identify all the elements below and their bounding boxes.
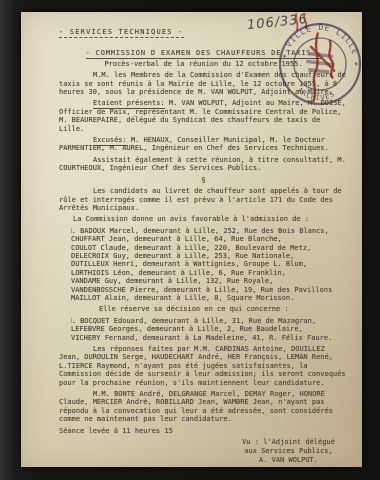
paragraph-present: Etaient présents: M. VAN WOLPUT, Adjoint… (59, 99, 348, 133)
signature-block: Vu : l'Adjoint délégué aux Services Publ… (229, 438, 348, 465)
candidate-line: M.M. BADOUX Marcel, demeurant à Lille, 2… (71, 227, 348, 235)
candidate-line: VANDENBOSSCHE Pierre, demeurant à Lille,… (71, 286, 348, 294)
document-page: 106/336 ✶ VILLE DE LILLE ✶ ARCHIVES (21, 12, 362, 467)
candidate-line: DELECROIX Guy, demeurant à Lille, 253, R… (71, 252, 348, 260)
candidate-line: VICHERY Fernand, demeurant à La Madelein… (71, 334, 348, 342)
signature-line-1: Vu : l'Adjoint délégué (229, 438, 348, 447)
signature-line-3: A. VAN WOLPUT. (229, 456, 348, 465)
paragraph-responses: Les réponses faites par M.M. CARDINAS An… (59, 345, 348, 387)
candidate-line: M.M. BOCQUET Edouard, demeurant à Lille,… (71, 317, 348, 325)
candidate-line: LEFEBVRE Georges, demeurant à Lille, 2, … (71, 325, 348, 333)
candidate-line: COULOT Claude, demeurant à Lille, 220, B… (71, 244, 348, 252)
department-heading: - SERVICES TECHNIQUES - (59, 28, 348, 36)
paragraph-excused: Excusés: M. HENAUX, Conseiller Municipal… (59, 136, 348, 153)
paragraph-candidates: Les candidats au livret de chauffeur son… (59, 187, 348, 212)
paragraph-favorable: La Commission donne un avis favorable à … (59, 215, 348, 223)
reserved-candidates-list: M.M. BOCQUET Edouard, demeurant à Lille,… (71, 317, 348, 342)
document-title-text: - COMMISSION D EXAMEN DES CHAUFFEURS DE … (86, 49, 322, 59)
candidate-line: MAILLOT Alain, demeurant à Lille, 8, Squ… (71, 294, 348, 302)
document-title: - COMMISSION D EXAMEN DES CHAUFFEURS DE … (59, 49, 348, 57)
candidate-line: LORTHIOIS Léon, demeurant à Lille, 6, Ru… (71, 269, 348, 277)
scanned-archive-photo: { "doc": { "dept": "- SERVICES TECHNIQUE… (0, 0, 380, 480)
signature-line-2: aux Services Publics, (229, 447, 348, 456)
section-mark: § (59, 176, 348, 184)
favorable-candidates-list: M.M. BADOUX Marcel, demeurant à Lille, 2… (71, 227, 348, 303)
candidate-line: DUTILLEUX Henri, demeurant à Wattignies,… (71, 260, 348, 268)
paragraph-assist: Assistait également à cette réunion, à t… (59, 156, 348, 173)
closing-line: Séance levée à 11 heures 15 (59, 427, 348, 435)
department-heading-text: - SERVICES TECHNIQUES - (59, 28, 184, 38)
paragraph-reserve: Elle réserve sa décision en ce qui conce… (59, 305, 348, 313)
document-subtitle: Procès-verbal de la réunion du 12 octobr… (59, 60, 348, 68)
candidate-line: VANDAME Guy, demeurant à Lille, 132, Rue… (71, 277, 348, 285)
candidate-line: CHUFFART Jean, demeurant à Lille, 64, Ru… (71, 235, 348, 243)
paragraph-intro: M.M. les Membres de la Commission d'Exam… (59, 71, 348, 96)
paragraph-noreply: M.M. BONTE André, DELGRANGE Marcel, DEMA… (59, 390, 348, 424)
document-body: - SERVICES TECHNIQUES - - COMMISSION D E… (59, 28, 348, 465)
